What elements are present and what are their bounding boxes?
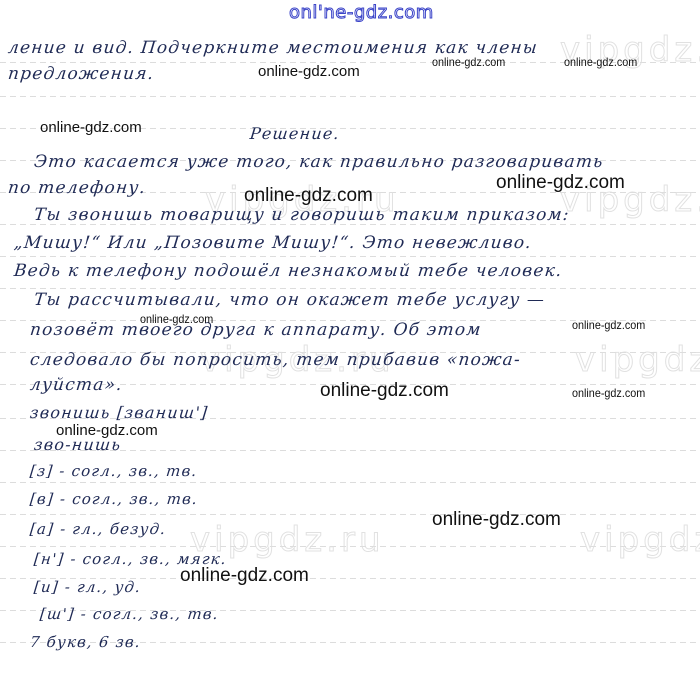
solution-line: по телефону. [7,178,147,198]
phonetic-sound: [в] - согл., зв., тв. [29,490,199,508]
task-line: предложения. [7,64,155,84]
phonetic-word: звонишь [званиш'] [29,403,209,422]
ruled-line [0,96,700,97]
solution-line: позовёт твоего друга к аппарату. Об этом [29,320,483,340]
notebook-page: vipgdz.ru vipgdz.ru vipgdz.ru vipgdz.ru … [0,0,700,678]
background-watermark: vipgdz.ru [580,520,700,560]
phonetic-summary: 7 букв, 6 зв. [29,633,142,651]
solution-line: „Мишу!“ Или „Позовите Мишу!“. Это невежл… [13,233,533,253]
ruled-line [0,288,700,289]
solution-line: Ведь к телефону подошёл незнакомый тебе … [13,261,564,281]
watermark: online-gdz.com [56,422,158,439]
phonetic-sound: [и] - гл., уд. [33,578,142,596]
solution-title: Решение. [249,124,341,143]
ruled-line [0,514,700,515]
watermark: online-gdz.com [320,380,449,402]
ruled-line [0,256,700,257]
background-watermark: vipgdz.ru [575,340,700,380]
solution-line: Ты звонишь товарищу и говоришь таким при… [33,205,571,225]
solution-line: Это касается уже того, как правильно раз… [33,152,605,172]
watermark: online-gdz.com [40,119,142,136]
watermark: online-gdz.com [496,172,625,194]
ruled-line [0,482,700,483]
watermark: online-gdz.com [244,185,373,207]
watermark: online-gdz.com [564,55,637,69]
header-watermark: onl'ne-gdz.com [289,2,434,23]
watermark: online-gdz.com [140,312,213,326]
watermark: online-gdz.com [572,318,645,332]
solution-line: следовало бы попросить, тем прибавив «по… [29,350,522,370]
phonetic-sound: [а] - гл., безуд. [29,520,167,538]
watermark: online-gdz.com [258,63,360,80]
watermark: online-gdz.com [180,565,309,587]
phonetic-sound: [ш'] - согл., зв., тв. [39,605,220,623]
phonetic-sound: [з] - согл., зв., тв. [29,462,198,480]
watermark: online-gdz.com [432,509,561,531]
watermark: online-gdz.com [572,386,645,400]
solution-line: Ты рассчитывали, что он окажет тебе услу… [33,290,546,310]
watermark: online-gdz.com [432,55,505,69]
solution-line: луйста». [29,375,124,395]
